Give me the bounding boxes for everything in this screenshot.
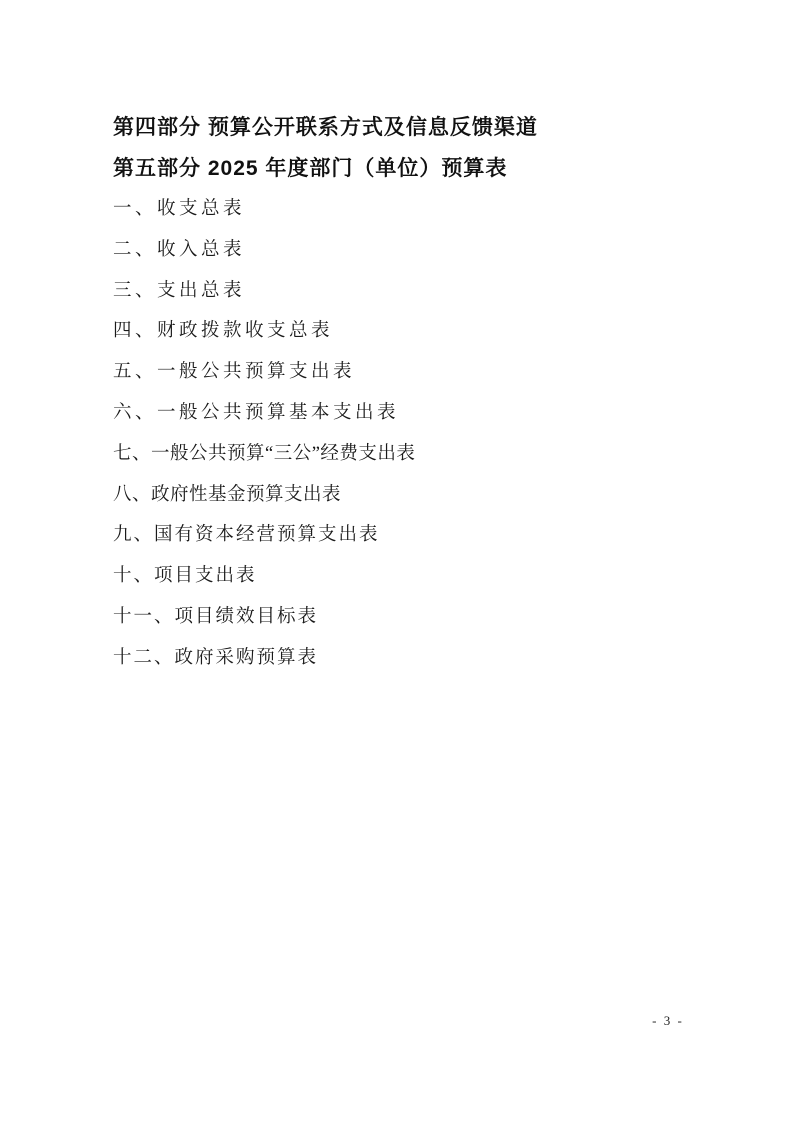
- page-number: - 3 -: [628, 1013, 708, 1029]
- toc-item-7: 七、一般公共预算“三公”经费支出表: [113, 434, 735, 475]
- section-heading-part4: 第四部分 预算公开联系方式及信息反馈渠道: [113, 107, 735, 148]
- toc-item-2: 二、收入总表: [113, 230, 735, 271]
- section-heading-part5: 第五部分 2025 年度部门（单位）预算表: [113, 148, 735, 189]
- toc-item-3: 三、支出总表: [113, 271, 735, 312]
- toc-item-8: 八、政府性基金预算支出表: [113, 475, 735, 516]
- toc-item-12: 十二、政府采购预算表: [113, 638, 735, 679]
- toc-item-9: 九、国有资本经营预算支出表: [113, 515, 735, 556]
- toc-item-6: 六、一般公共预算基本支出表: [113, 393, 735, 434]
- toc-item-11: 十一、项目绩效目标表: [113, 597, 735, 638]
- document-page: 第四部分 预算公开联系方式及信息反馈渠道 第五部分 2025 年度部门（单位）预…: [0, 0, 795, 1123]
- toc-item-10: 十、项目支出表: [113, 556, 735, 597]
- toc-item-5: 五、一般公共预算支出表: [113, 352, 735, 393]
- toc-item-1: 一、收支总表: [113, 189, 735, 230]
- toc-item-4: 四、财政拨款收支总表: [113, 311, 735, 352]
- document-content: 第四部分 预算公开联系方式及信息反馈渠道 第五部分 2025 年度部门（单位）预…: [113, 107, 735, 679]
